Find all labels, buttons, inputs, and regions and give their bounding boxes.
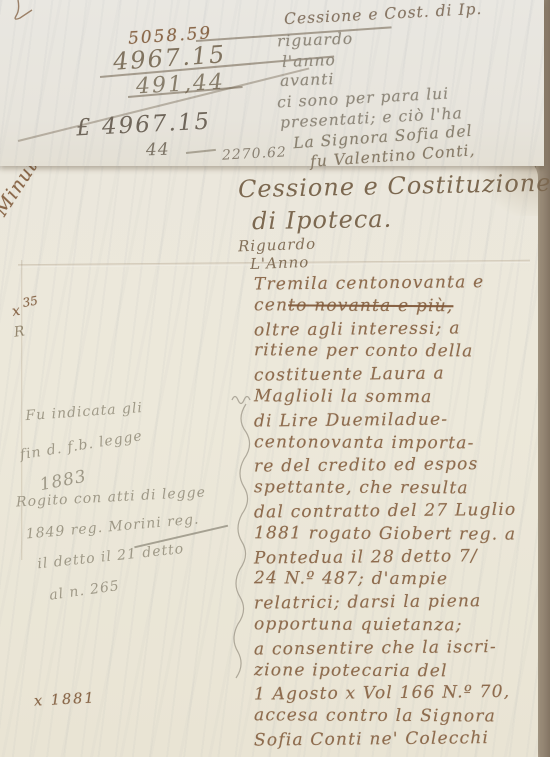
top-note-line: Cessione e Cost. di Ip. (284, 0, 483, 28)
manuscript-line: accesa contro la Signora (254, 704, 550, 728)
manuscript-line: Tremila centonovanta e (254, 270, 550, 296)
margin-mark-x: x (11, 303, 22, 320)
manuscript-line: Pontedua il 28 detto 7/ (254, 544, 550, 570)
top-sheet: 5058.59 4967.15 491,44 £ 4967.15 44 2270… (0, 0, 544, 166)
manuscript-line: dal contratto del 27 Luglio (254, 498, 550, 524)
manuscript-line: opportuna quietanza; (254, 613, 550, 637)
top-note-line: avanti (280, 70, 335, 90)
margin-mark-35: 35 (21, 294, 38, 310)
total-cents: 44 (146, 140, 170, 161)
manuscript-line: 1 Agosto x Vol 166 N.º 70, (254, 681, 550, 707)
manuscript-line: 1881 rogato Giobert reg. a (254, 522, 550, 546)
dash-line (186, 149, 216, 154)
main-sheet: Minuta Cessione e Costituzione di Ipotec… (0, 156, 538, 757)
manuscript-line: oltre agli interessi; a (254, 316, 550, 342)
manuscript-line: relatrici; darsi la piena (254, 590, 550, 616)
margin-mark-x35: x35 (11, 300, 37, 320)
manuscript-line: ritiene per conto della (254, 340, 550, 364)
manuscript-line: re del credito ed espos (254, 453, 550, 479)
body-text-column: Tremila centonovanta e cento novanta e p… (254, 272, 550, 751)
manuscript-line: costituente Laura a (254, 362, 550, 388)
document-title-line2: di Ipoteca. (252, 205, 393, 235)
subtitle-anno: L'Anno (250, 253, 310, 273)
manuscript-line: spettante, che resulta (254, 476, 550, 500)
manuscript-line: Sofia Conti ne' Colecchi (254, 726, 550, 752)
side-amount: 2270.62 (222, 144, 288, 163)
struck-text: to novanta e più, (288, 295, 453, 316)
manuscript-scan: Minuta Cessione e Costituzione di Ipotec… (0, 0, 550, 757)
total-amount: £ 4967.15 (75, 108, 211, 141)
manuscript-line: di Lire Duemiladue- (254, 407, 550, 433)
top-note-line: l'anno (282, 51, 336, 71)
pen-mark-icon (8, 0, 38, 34)
margin-brace-line (230, 394, 256, 714)
struck-prefix: cen (254, 295, 288, 315)
manuscript-line-struck: cento novanta e più, (254, 294, 550, 318)
pencil-margin-note: Fu indicata gli fin d. f.b. legge 1883 R… (0, 382, 254, 612)
year-mark: x 1881 (34, 690, 96, 709)
manuscript-line: a consentire che la iscri- (254, 635, 550, 661)
manuscript-line: zione ipotecaria del (254, 659, 550, 683)
margin-mark-r: R (13, 323, 26, 340)
manuscript-line: Maglioli la somma (254, 385, 550, 409)
manuscript-line: centonovanta importa- (254, 431, 550, 455)
top-note-line: riguardo (277, 30, 354, 51)
manuscript-line: 24 N.º 487; d'ampie (254, 568, 550, 592)
